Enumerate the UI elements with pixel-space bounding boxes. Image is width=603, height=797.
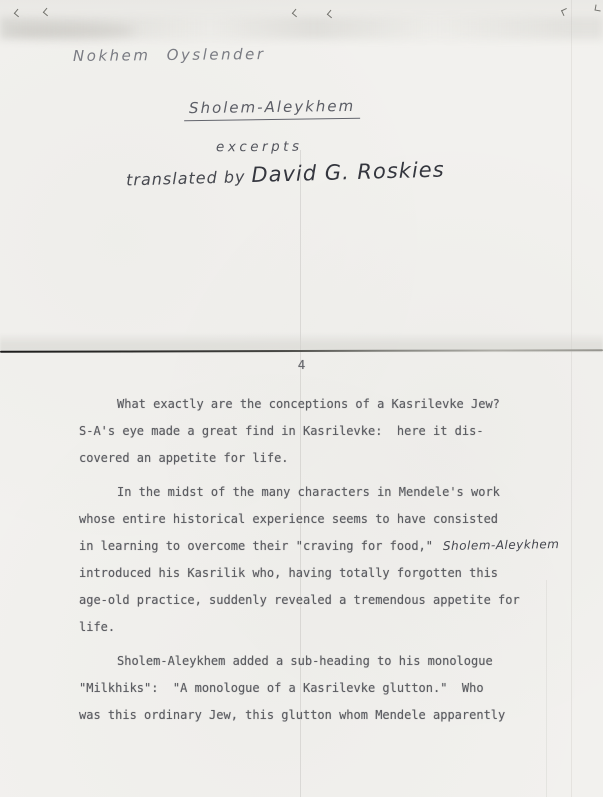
translator-name: David G. Roskies <box>251 158 445 187</box>
scanned-document-page: Nokhem Oyslender Sholem-Aleykhem excerpt… <box>0 0 603 797</box>
page-number: 4 <box>0 357 603 372</box>
staple-mark-icon <box>14 9 22 17</box>
scan-streak <box>571 0 572 797</box>
typed-line: age-old practice, suddenly revealed a tr… <box>79 587 554 614</box>
typed-line: whose entire historical experience seems… <box>79 506 554 533</box>
staple-mark-icon <box>561 8 569 16</box>
scan-smudge <box>6 24 136 38</box>
handwritten-translation-credit: translated by David G. Roskies <box>126 158 445 191</box>
crease-shadow-band <box>0 333 603 351</box>
typed-line: life. <box>79 614 554 641</box>
crease-line <box>0 349 603 353</box>
typed-line: S-A's eye made a great find in Kasrilevk… <box>79 418 554 445</box>
translation-prefix: translated by <box>126 167 252 189</box>
staple-mark-icon <box>595 5 602 12</box>
typed-line: covered an appetite for life. <box>79 445 554 472</box>
typed-line: "Milkhiks": "A monologue of a Kasrilevke… <box>79 675 554 702</box>
typed-line: was this ordinary Jew, this glutton whom… <box>79 702 554 729</box>
handwritten-author-name: Nokhem Oyslender <box>73 45 266 65</box>
typed-line: in learning to overcome their "craving f… <box>79 533 554 560</box>
typed-line-text: in learning to overcome their "craving f… <box>79 539 433 553</box>
typed-line: Sholem-Aleykhem added a sub-heading to h… <box>79 648 554 675</box>
typed-line: introduced his Kasrilik who, having tota… <box>79 560 554 587</box>
typed-body: What exactly are the conceptions of a Ka… <box>79 391 554 729</box>
staple-mark-icon <box>292 9 300 17</box>
typed-line: What exactly are the conceptions of a Ka… <box>79 391 554 418</box>
typed-line: In the midst of the many characters in M… <box>79 479 554 506</box>
handwritten-subtitle: excerpts <box>216 139 303 156</box>
staple-mark-icon <box>43 8 51 16</box>
handwritten-inline-annotation: Sholem-Aleykhem <box>443 531 560 560</box>
handwritten-title: Sholem-Aleykhem <box>184 97 360 121</box>
